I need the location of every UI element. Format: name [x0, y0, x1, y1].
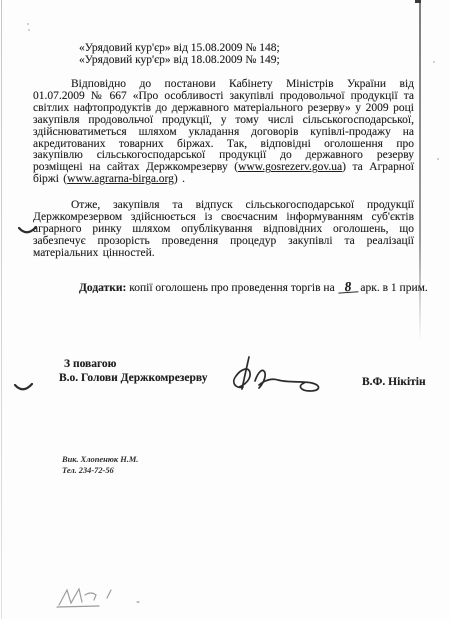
- handwritten-signature: [228, 352, 328, 396]
- body-paragraph-2: Отже, закупівля та відпуск сільськогоспо…: [33, 200, 414, 260]
- paragraph1-text: ) .: [174, 173, 185, 185]
- closing-salutation: З повагою: [64, 359, 116, 371]
- attachments-tail: арк. в 1 прим.: [358, 282, 428, 294]
- executor-name: Вик. Хлопенюк Н.М.: [62, 455, 138, 466]
- executor-info: Вик. Хлопенюк Н.М. Тел. 234-72-56: [62, 455, 138, 476]
- scan-edge-left: [1, 0, 2, 619]
- signer-name: В.Ф. Нікітін: [362, 377, 426, 389]
- handwritten-sheet-count: 8: [337, 280, 358, 293]
- executor-phone: Тел. 234-72-56: [62, 466, 138, 477]
- scan-speck: [437, 158, 439, 160]
- scan-speck: [433, 61, 435, 63]
- attachments-text: копії оголошень про проведення торгів на: [126, 282, 337, 294]
- newspaper-references: «Урядовий кур'єр» від 15.08.2009 № 148; …: [79, 43, 280, 67]
- scan-speck: [28, 29, 30, 31]
- newspaper-reference-line: «Урядовий кур'єр» від 18.08.2009 № 149;: [79, 55, 280, 67]
- gosrezerv-url: www.gosrezerv.gov.ua: [238, 161, 342, 173]
- attachments-line: Додатки: копії оголошень про проведення …: [79, 281, 428, 295]
- paragraph1-text: Відповідно до постанови Кабінету Міністр…: [33, 78, 414, 173]
- pen-tick-mark: [18, 224, 38, 238]
- body-paragraph-1: Відповідно до постанови Кабінету Міністр…: [33, 79, 414, 186]
- pen-tick-mark: [14, 381, 34, 395]
- scan-artifact-dash: [415, 0, 421, 3]
- scan-speck: [27, 23, 29, 25]
- signer-title: В.о. Голови Держкомрезерву: [59, 373, 208, 385]
- pencil-scribble: [55, 586, 165, 610]
- scanned-letter-page: «Урядовий кур'єр» від 15.08.2009 № 148; …: [0, 0, 450, 619]
- attachments-label: Додатки:: [79, 282, 126, 294]
- agrarna-birga-url: www.agrarna-birga.org: [67, 173, 174, 185]
